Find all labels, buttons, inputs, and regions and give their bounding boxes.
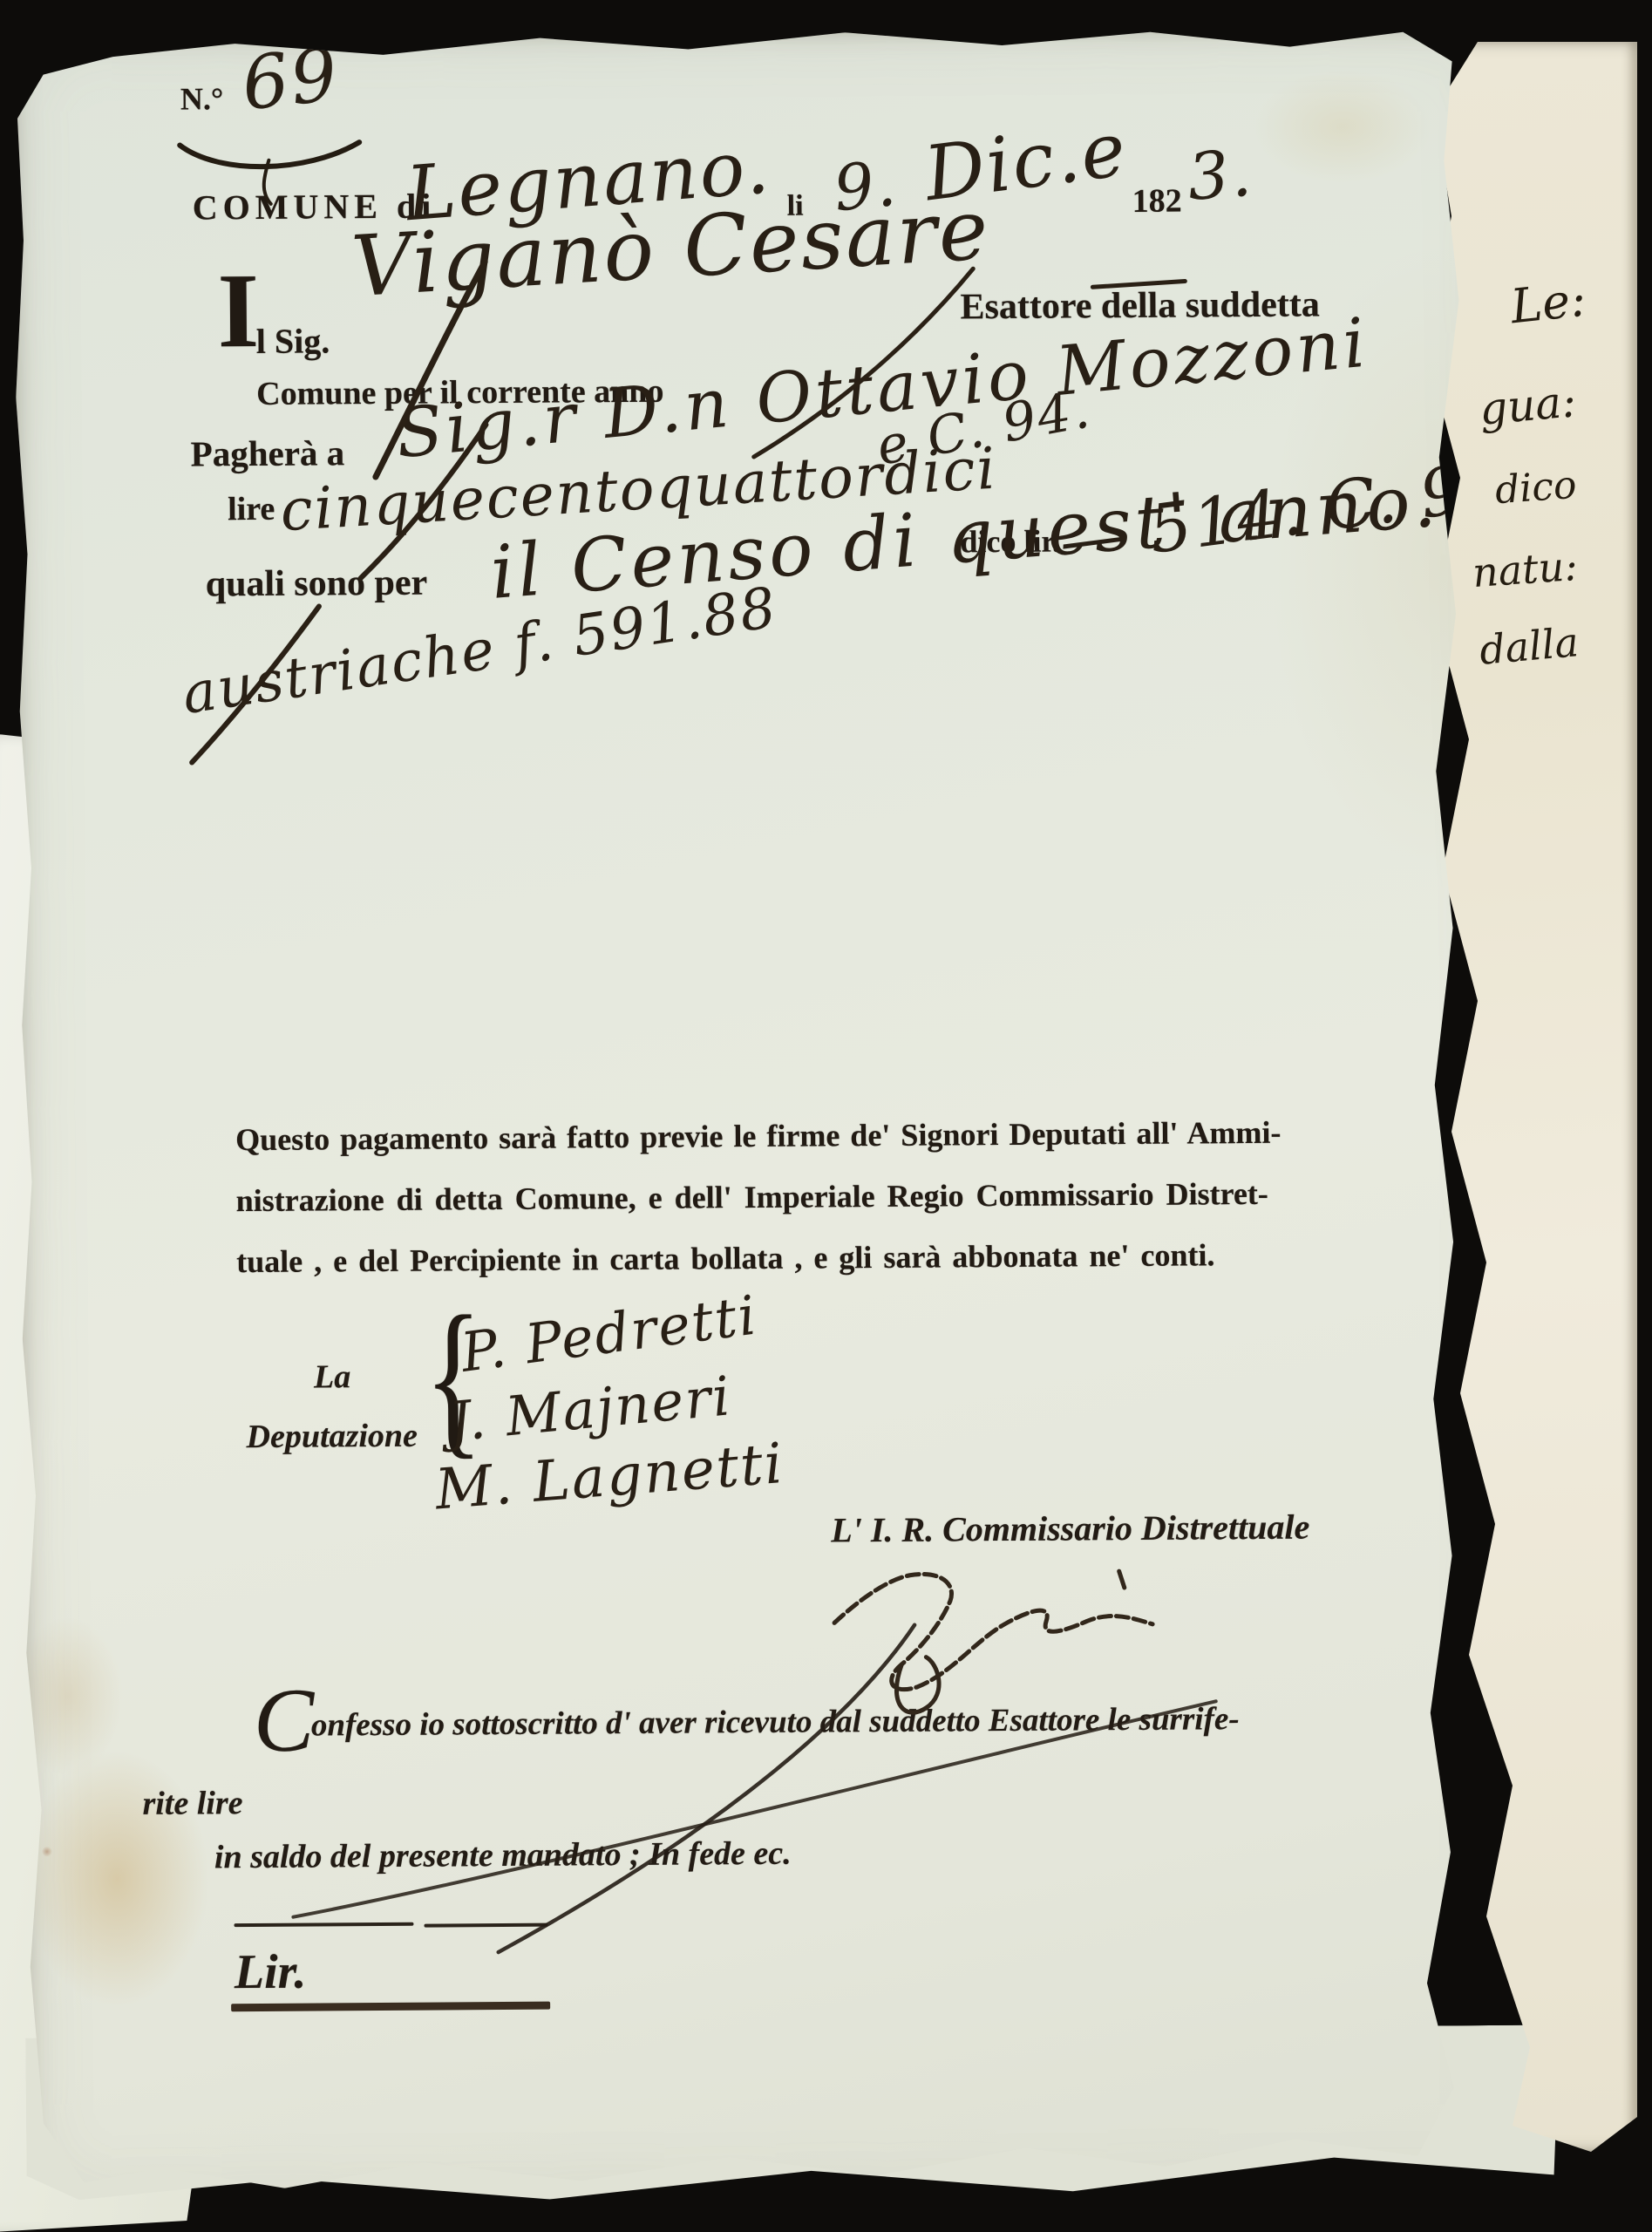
fragment-text: dalla (1478, 618, 1581, 674)
receipt-dropcap: C (253, 1676, 314, 1766)
lire-label: lire (228, 490, 275, 528)
scanned-document: Le: gua: dico natu: dalla N.° 69 COMUNE … (0, 0, 1652, 2232)
fragment-text: dico (1493, 463, 1578, 513)
sig-label: l Sig. (256, 320, 330, 362)
quali-label: quali sono per (206, 562, 428, 606)
main-document-sheet: N.° 69 COMUNE di Legnano. li 9. Dic.e 18… (8, 21, 1498, 2207)
paghera-label: Pagherà a (191, 432, 345, 474)
clause-line-3: tuale , e del Percipiente in carta bolla… (236, 1236, 1215, 1280)
lir-rule-top-left (234, 1922, 413, 1927)
receipt-line-1: onfesso io sottoscritto d' aver ricevuto… (311, 1700, 1240, 1744)
la-label: La (314, 1358, 351, 1396)
commissario-signature (834, 1573, 1153, 1691)
year-printed: 182 (1132, 182, 1182, 221)
receipt-line-2: rite lire (142, 1784, 242, 1823)
receipt-cross-stroke (496, 1625, 917, 1952)
year-suffix-handwritten: 3. (1185, 135, 1255, 214)
number-flourish (180, 142, 359, 167)
document-number-label: N.° (180, 80, 224, 117)
document-number-value: 69 (238, 31, 343, 127)
deputazione-label: Deputazione (246, 1417, 418, 1456)
fragment-text: gua: (1478, 376, 1579, 434)
fragment-text: Le: (1508, 272, 1588, 335)
receipt-line-3: in saldo del presente mandato ; In fede … (214, 1834, 792, 1877)
commissario-title: L' I. R. Commissario Distrettuale (831, 1507, 1309, 1551)
clause-line-2: nistrazione di detta Comune, e dell' Imp… (236, 1175, 1268, 1219)
clause-line-1: Questo pagamento sarà fatto previe le fi… (235, 1114, 1281, 1158)
lir-rule-top-right (424, 1923, 547, 1928)
fragment-text: natu: (1471, 542, 1579, 596)
lir-label: Lir. (235, 1944, 307, 2001)
lir-rule-bottom (231, 2002, 550, 2012)
il-dropcap: I (217, 258, 259, 364)
commissario-signature-tick (1119, 1571, 1125, 1588)
